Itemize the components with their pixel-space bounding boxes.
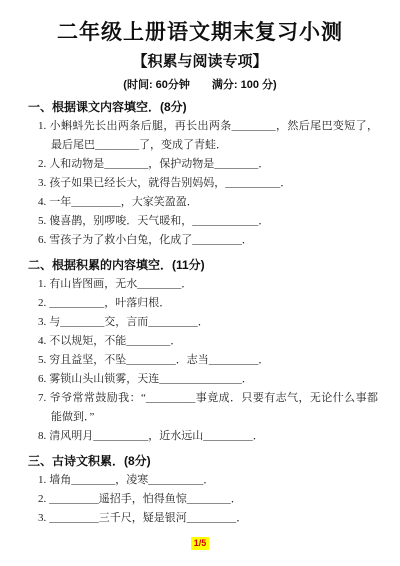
question-item: 3.孩子如果已经长大，就得告别妈妈，__________． — [38, 174, 378, 193]
question-text: 清风明月__________，近水远山_________． — [49, 430, 264, 442]
time-score-info: (时间: 60分钟 满分: 100 分) — [0, 79, 400, 92]
question-text: 人和动物是________，保护动物是________． — [49, 158, 269, 170]
question-item: 4.不以规矩，不能________． — [38, 332, 378, 351]
question-item: 3.与________交，言而_________． — [38, 313, 378, 332]
question-number: 7. — [38, 392, 49, 404]
question-text: _________三千尺，疑是银河_________． — [49, 512, 247, 524]
section-heading: 二、根据积累的内容填空．(11分) — [28, 257, 380, 273]
test-paper-page: 二年级上册语文期末复习小测 【积累与阅读专项】 (时间: 60分钟 满分: 10… — [0, 0, 400, 566]
question-number: 2. — [38, 297, 49, 309]
question-number: 8. — [38, 430, 49, 442]
question-text: 傻喜鹊，别啰唆．天气暖和，____________． — [49, 215, 269, 227]
question-text: 穷且益坚，不坠_________．志当_________． — [49, 354, 269, 366]
section-heading: 三、古诗文积累．(8分) — [28, 453, 380, 469]
page-indicator: 1/5 — [191, 537, 210, 550]
question-number: 6. — [38, 234, 49, 246]
question-number: 4. — [38, 335, 49, 347]
question-number: 3. — [38, 177, 49, 189]
question-number: 6. — [38, 373, 49, 385]
question-text: __________，叶落归根． — [49, 297, 170, 309]
section-heading: 一、根据课文内容填空．(8分) — [28, 99, 380, 115]
question-item: 2._________遥招手，怕得鱼惊________． — [38, 490, 378, 509]
question-number: 3. — [38, 316, 49, 328]
question-item: 5.傻喜鹊，别啰唆．天气暖和，____________． — [38, 212, 378, 231]
question-item: 4.一年_________，大家笑盈盈． — [38, 193, 378, 212]
question-text: 有山皆图画，无水________． — [49, 278, 192, 290]
question-number: 5. — [38, 215, 49, 227]
paper-subtitle: 【积累与阅读专项】 — [0, 53, 400, 71]
question-item: 8.清风明月__________，近水远山_________． — [38, 427, 378, 446]
question-item: 1.墙角________，凌寒__________． — [38, 471, 378, 490]
question-item: 1.小蝌蚪先长出两条后腿，再长出两条________，然后尾巴变短了，最后尾巴_… — [38, 117, 378, 155]
question-item: 7.爷爷常常鼓励我：“_________事竟成．只要有志气，无论什么事都能做到．… — [38, 389, 378, 427]
question-number: 5. — [38, 354, 49, 366]
question-item: 3._________三千尺，疑是银河_________． — [38, 509, 378, 528]
question-item: 5.穷且益坚，不坠_________．志当_________． — [38, 351, 378, 370]
question-text: 雪孩子为了救小白兔，化成了_________． — [49, 234, 253, 246]
question-item: 2.人和动物是________，保护动物是________． — [38, 155, 378, 174]
sections-container: 一、根据课文内容填空．(8分)1.小蝌蚪先长出两条后腿，再长出两条_______… — [0, 99, 400, 528]
question-number: 1. — [38, 278, 49, 290]
question-number: 2. — [38, 158, 49, 170]
question-text: 一年_________，大家笑盈盈． — [49, 196, 198, 208]
question-text: 孩子如果已经长大，就得告别妈妈，__________． — [49, 177, 291, 189]
question-text: 与________交，言而_________． — [49, 316, 209, 328]
question-item: 6.雪孩子为了救小白兔，化成了_________． — [38, 231, 378, 250]
paper-title: 二年级上册语文期末复习小测 — [0, 0, 400, 45]
question-text: 墙角________，凌寒__________． — [49, 474, 214, 486]
question-number: 2. — [38, 493, 49, 505]
page-indicator-row: 1/5 — [0, 533, 400, 551]
question-item: 2.__________，叶落归根． — [38, 294, 378, 313]
question-number: 1. — [38, 474, 49, 486]
question-text: _________遥招手，怕得鱼惊________． — [49, 493, 242, 505]
question-text: 小蝌蚪先长出两条后腿，再长出两条________，然后尾巴变短了，最后尾巴___… — [49, 120, 378, 151]
question-text: 爷爷常常鼓励我：“_________事竟成．只要有志气，无论什么事都能做到．” — [49, 392, 378, 423]
question-text: 雾锁山头山锁雾，天连_______________． — [49, 373, 253, 385]
question-number: 3. — [38, 512, 49, 524]
question-number: 4. — [38, 196, 49, 208]
question-item: 6.雾锁山头山锁雾，天连_______________． — [38, 370, 378, 389]
question-number: 1. — [38, 120, 49, 132]
question-item: 1.有山皆图画，无水________． — [38, 275, 378, 294]
question-text: 不以规矩，不能________． — [49, 335, 181, 347]
